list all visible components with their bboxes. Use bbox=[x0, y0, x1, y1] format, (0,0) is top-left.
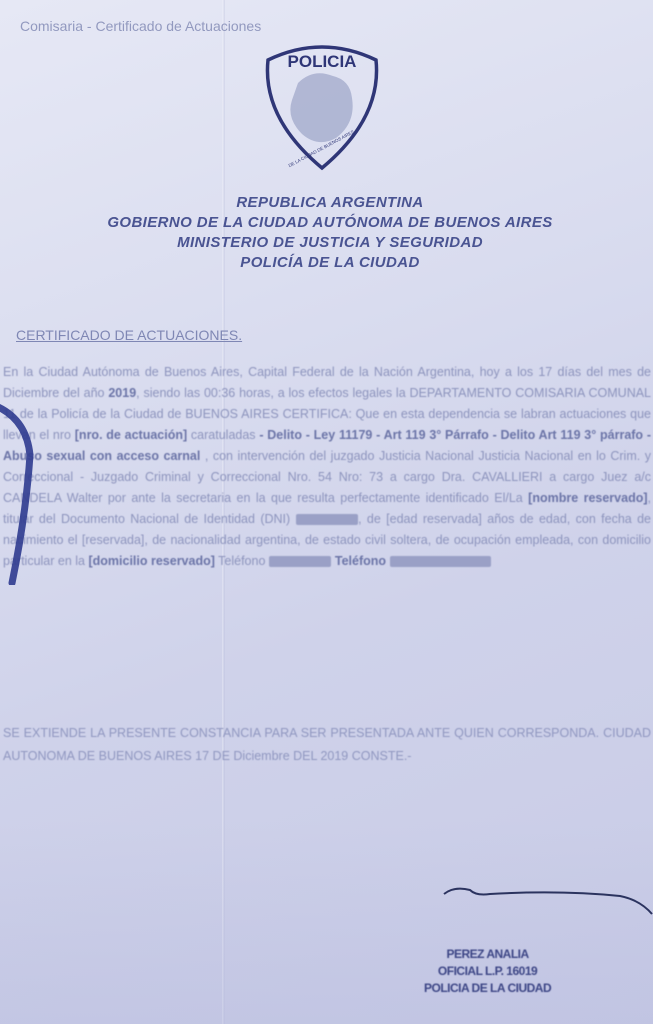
letterhead-line: REPUBLICA ARGENTINA bbox=[60, 193, 600, 213]
redacted-phone: [reservado] bbox=[269, 556, 332, 567]
redacted-name: [nombre reservado] bbox=[528, 491, 647, 505]
certificate-title: CERTIFICADO DE ACTUACIONES. bbox=[16, 327, 242, 343]
stamp-line: PEREZ ANALIA bbox=[424, 946, 551, 963]
paper-shadow bbox=[0, 820, 653, 1024]
certificate-body: En la Ciudad Autónoma de Buenos Aires, C… bbox=[3, 362, 651, 572]
stamp-line: POLICIA DE LA CIUDAD bbox=[424, 980, 551, 997]
stamp-line: OFICIAL L.P. 16019 bbox=[424, 963, 551, 980]
header-note: Comisaria - Certificado de Actuaciones bbox=[20, 18, 261, 34]
letterhead-line: POLICÍA DE LA CIUDAD bbox=[60, 253, 600, 273]
redacted-email: [correo reservado] bbox=[390, 556, 491, 567]
letterhead-line: MINISTERIO DE JUSTICIA Y SEGURIDAD bbox=[60, 233, 600, 253]
letterhead: REPUBLICA ARGENTINA GOBIERNO DE LA CIUDA… bbox=[60, 193, 600, 273]
letterhead-line: GOBIERNO DE LA CIUDAD AUTÓNOMA DE BUENOS… bbox=[60, 213, 600, 233]
signature-mark bbox=[440, 882, 653, 922]
signature-stamp: PEREZ ANALIA OFICIAL L.P. 16019 POLICIA … bbox=[424, 946, 551, 997]
police-shield-icon: POLICIA DE LA CIUDAD DE BUENOS AIRES bbox=[258, 38, 386, 172]
closing-statement: SE EXTIENDE LA PRESENTE CONSTANCIA PARA … bbox=[3, 722, 651, 768]
redacted-dni: [reservado] bbox=[296, 514, 359, 525]
year: 2019 bbox=[108, 386, 136, 400]
redacted-address: [domicilio reservado] bbox=[88, 554, 214, 568]
pen-stroke-mark bbox=[0, 395, 96, 585]
emblem-label: POLICIA bbox=[288, 52, 357, 71]
